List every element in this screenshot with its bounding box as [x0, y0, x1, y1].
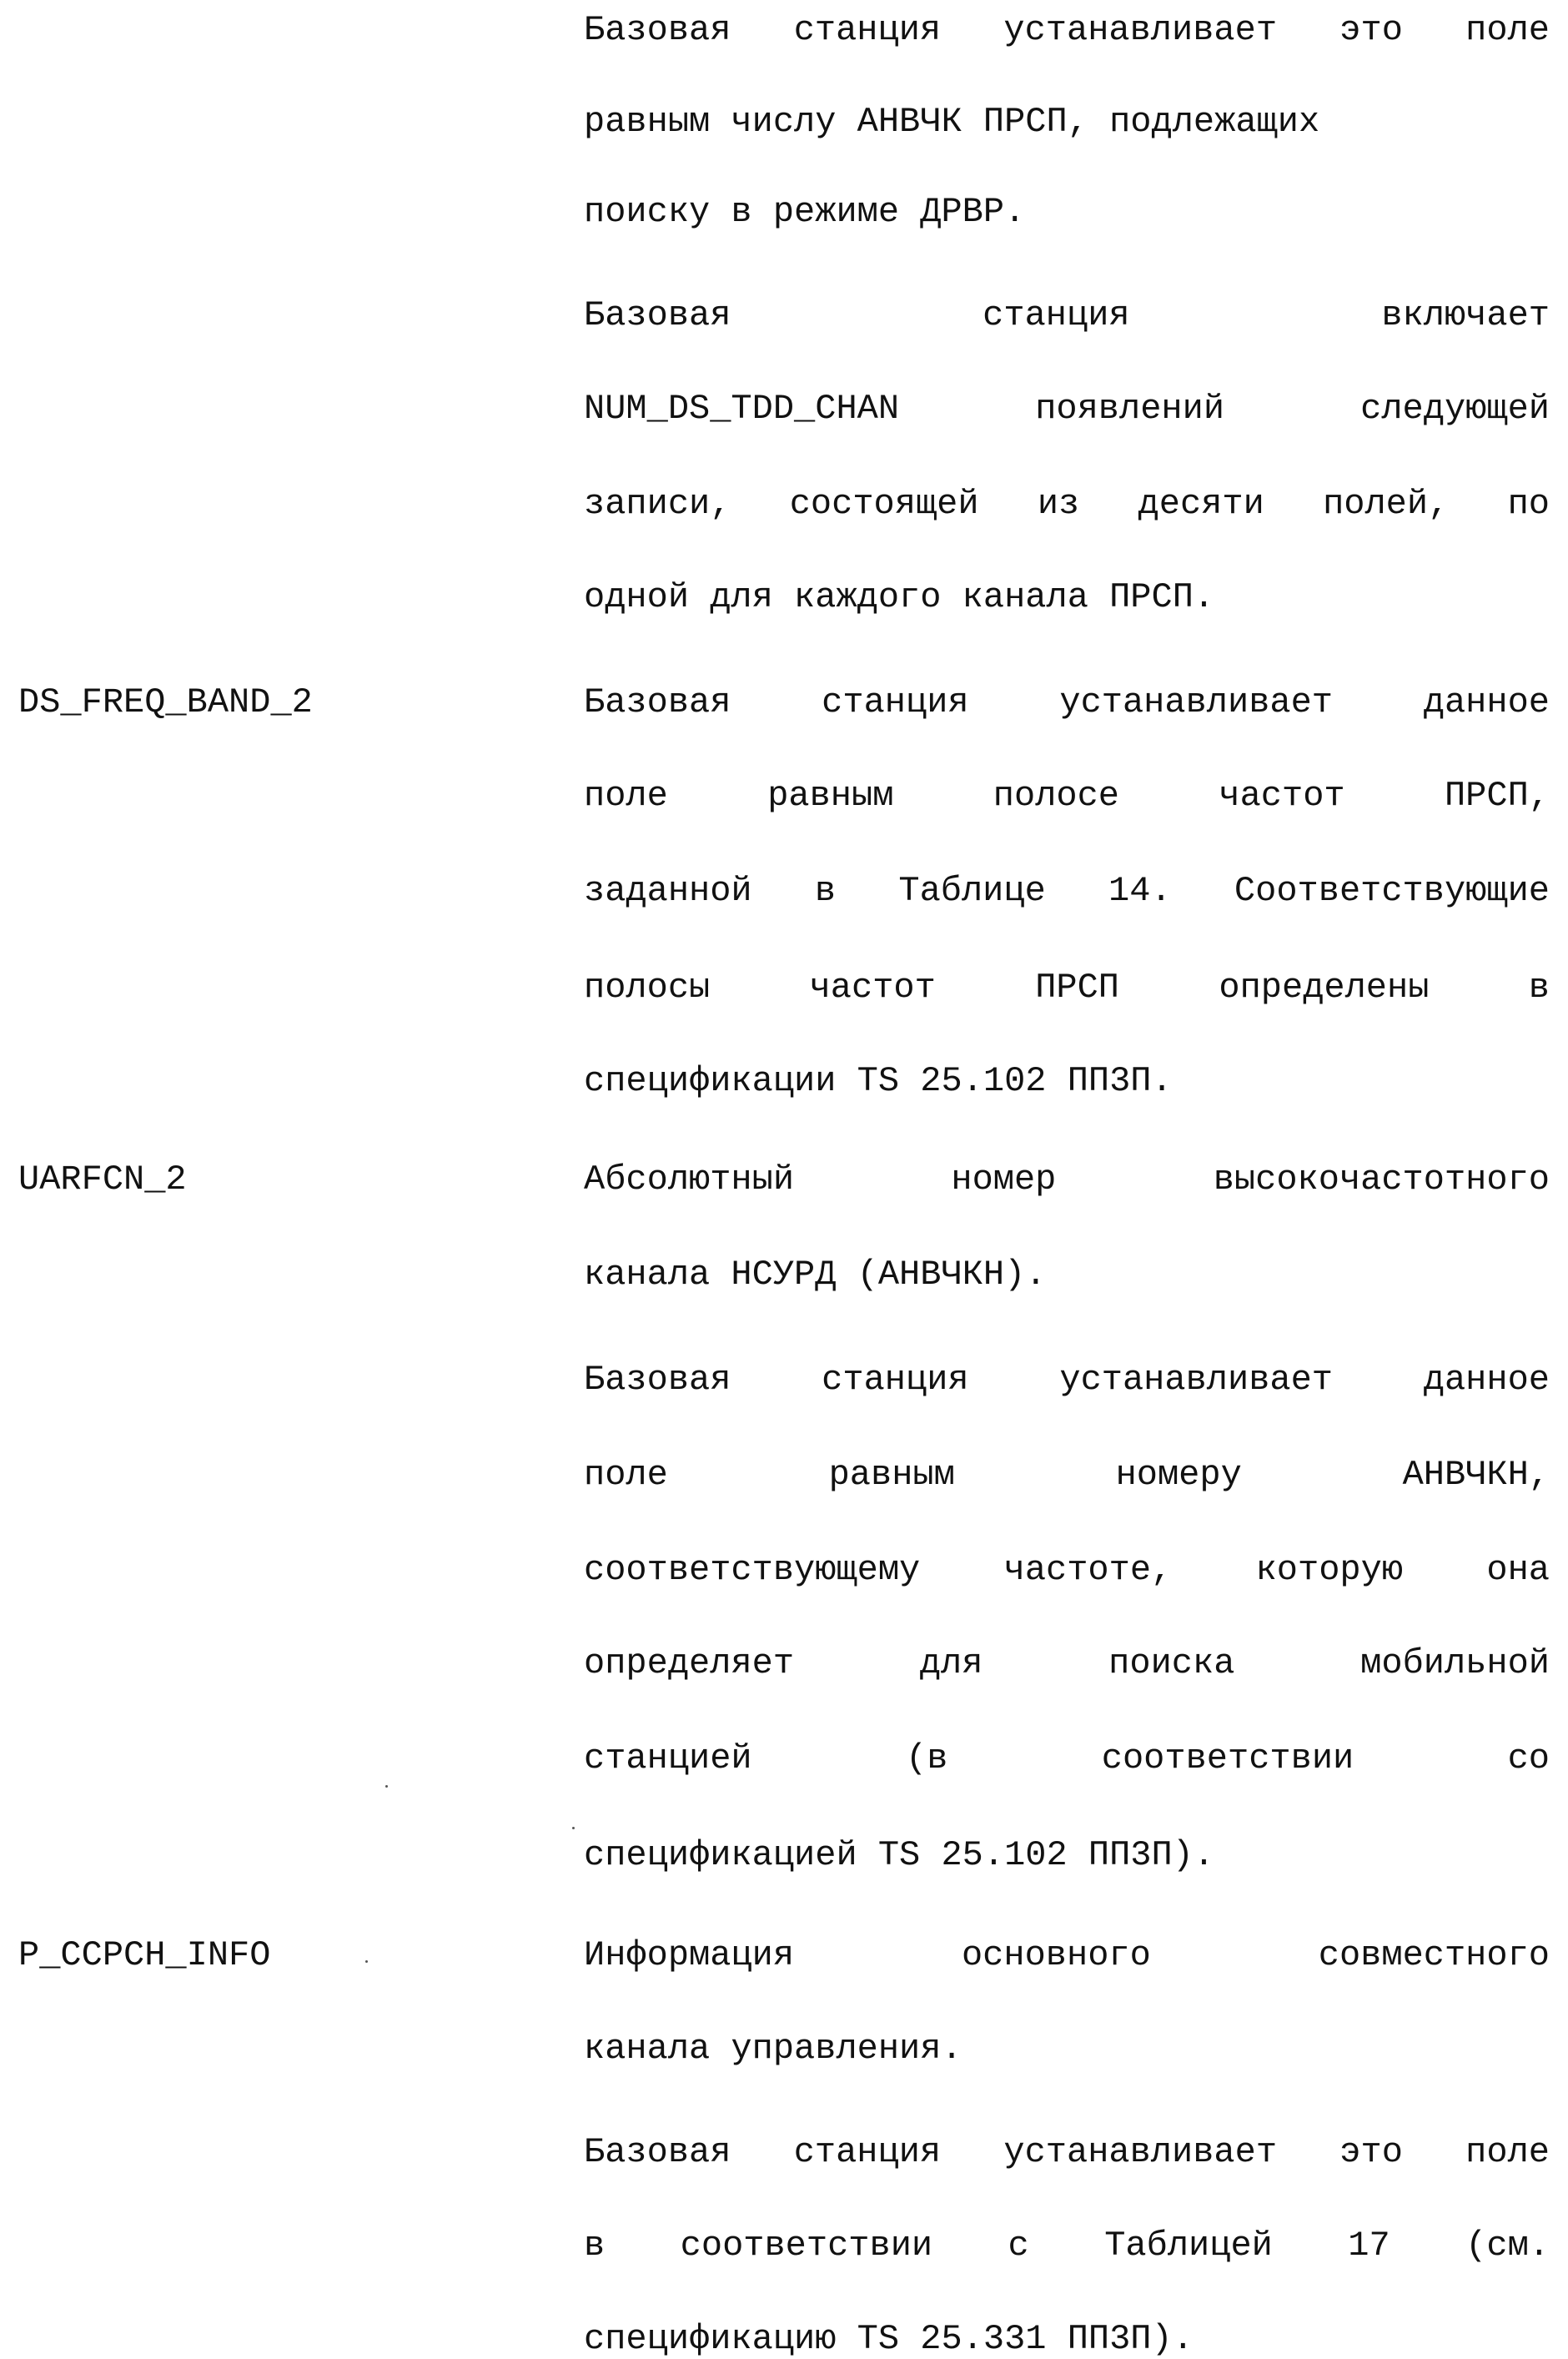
scan-speck: [572, 1827, 575, 1829]
field-description-line: Базовая станция устанавливает это поле: [584, 2129, 1550, 2175]
scan-speck: [365, 1960, 368, 1963]
intro-line: Базовая станция включает: [584, 292, 1550, 339]
intro-line: равным числу АНВЧК ПРСП, подлежащих: [584, 98, 1550, 145]
field-description-line: канала НСУРД (АНВЧКН).: [584, 1251, 1550, 1298]
intro-line: одной для каждого канала ПРСП.: [584, 574, 1550, 621]
field-name: UARFCN_2: [18, 1156, 187, 1203]
field-description-line: канала управления.: [584, 2025, 1550, 2072]
field-description-line: Абсолютный номер высокочастотного: [584, 1156, 1550, 1203]
field-description-line: определяет для поиска мобильной: [584, 1640, 1550, 1687]
field-description-line: спецификацию TS 25.331 ПП3П).: [584, 2316, 1550, 2359]
intro-line: NUM_DS_TDD_CHAN появлений следующей: [584, 385, 1550, 432]
field-description-line: поле равным полосе частот ПРСП,: [584, 772, 1550, 819]
field-description-line: Базовая станция устанавливает данное: [584, 1356, 1550, 1403]
field-name: DS_FREQ_BAND_2: [18, 679, 313, 726]
intro-line: Базовая станция устанавливает это поле: [584, 7, 1550, 53]
field-description-line: в соответствии с Таблицей 17 (см.: [584, 2222, 1550, 2269]
field-name: P_CCPCH_INFO: [18, 1932, 270, 1979]
scan-speck: [385, 1785, 388, 1788]
intro-line: поиску в режиме ДРВР.: [584, 189, 1550, 235]
field-description-line: спецификацией TS 25.102 ПП3П).: [584, 1832, 1550, 1879]
field-description-line: полосы частот ПРСП определены в: [584, 964, 1550, 1011]
field-description-line: спецификации TS 25.102 ПП3П.: [584, 1058, 1550, 1104]
field-description-line: Базовая станция устанавливает данное: [584, 679, 1550, 726]
field-description-line: станцией (в соответствии со: [584, 1735, 1550, 1782]
field-description-line: Информация основного совместного: [584, 1932, 1550, 1979]
field-description-line: поле равным номеру АНВЧКН,: [584, 1451, 1550, 1498]
field-description-line: заданной в Таблице 14. Соответствующие: [584, 868, 1550, 914]
field-description-line: соответствующему частоте, которую она: [584, 1547, 1550, 1593]
intro-line: записи, состоящей из десяти полей, по: [584, 480, 1550, 527]
